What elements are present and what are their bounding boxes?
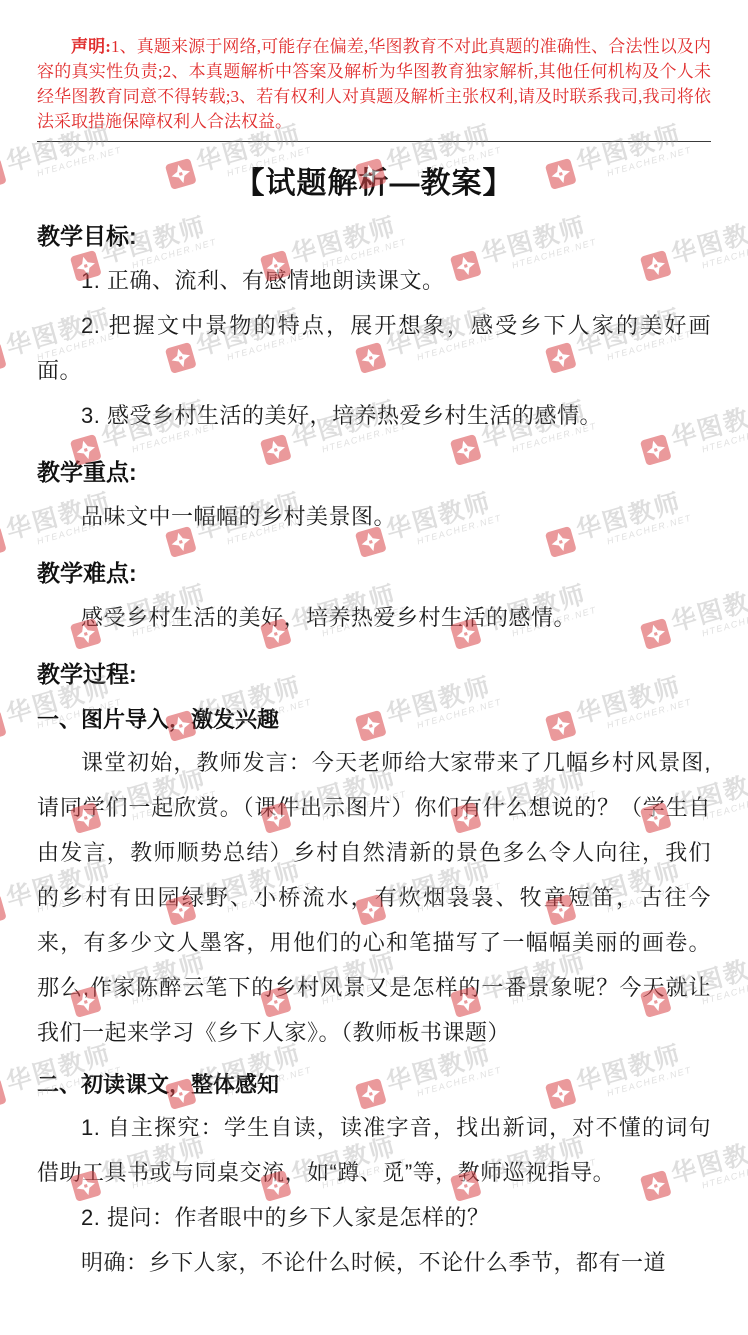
huatu-logo-icon — [0, 893, 8, 926]
section-heading: 教学目标: — [37, 220, 711, 252]
disclaimer-text: 1、真题来源于网络,可能存在偏差,华图教育不对此真题的准确性、合法性以及内容的真… — [37, 37, 711, 131]
paragraph: 2. 把握文中景物的特点，展开想象，感受乡下人家的美好画面。 — [37, 303, 711, 393]
huatu-logo-icon — [0, 525, 8, 558]
paragraph: 课堂初始，教师发言：今天老师给大家带来了几幅乡村风景图,请同学们一起欣赏。（课件… — [37, 740, 711, 1055]
paragraph: 品味文中一幅幅的乡村美景图。 — [37, 494, 711, 539]
section-heading: 教学难点: — [37, 557, 711, 589]
huatu-logo-icon — [0, 1077, 8, 1110]
document-body: 教学目标:1. 正确、流利、有感情地朗读课文。2. 把握文中景物的特点，展开想象… — [37, 220, 711, 1285]
document-title: 【试题解析—教案】 — [37, 158, 711, 202]
section-heading: 教学重点: — [37, 456, 711, 488]
header-divider — [37, 141, 711, 142]
paragraph: 2. 提问：作者眼中的乡下人家是怎样的？ — [37, 1195, 711, 1240]
paragraph: 明确：乡下人家，不论什么时候，不论什么季节，都有一道 — [37, 1240, 711, 1285]
paragraph: 3. 感受乡村生活的美好，培养热爱乡村生活的感情。 — [37, 393, 711, 438]
section-subheading: 一、图片导入，激发兴趣 — [37, 704, 711, 736]
disclaimer: 声明:1、真题来源于网络,可能存在偏差,华图教育不对此真题的准确性、合法性以及内… — [37, 34, 711, 134]
huatu-logo-icon — [0, 341, 8, 374]
paragraph: 感受乡村生活的美好，培养热爱乡村生活的感情。 — [37, 595, 711, 640]
paragraph: 1. 正确、流利、有感情地朗读课文。 — [37, 258, 711, 303]
document-page: 华图教师HTEACHER.NET华图教师HTEACHER.NET华图教师HTEA… — [0, 0, 748, 1335]
disclaimer-label: 声明: — [71, 37, 111, 56]
section-heading: 教学过程: — [37, 658, 711, 690]
section-subheading: 二、初读课文，整体感知 — [37, 1069, 711, 1101]
huatu-logo-icon — [0, 709, 8, 742]
huatu-logo-icon — [0, 157, 8, 190]
paragraph: 1. 自主探究：学生自读，读准字音，找出新词，对不懂的词句借助工具书或与同桌交流… — [37, 1105, 711, 1195]
document-content: 声明:1、真题来源于网络,可能存在偏差,华图教育不对此真题的准确性、合法性以及内… — [37, 0, 711, 1285]
